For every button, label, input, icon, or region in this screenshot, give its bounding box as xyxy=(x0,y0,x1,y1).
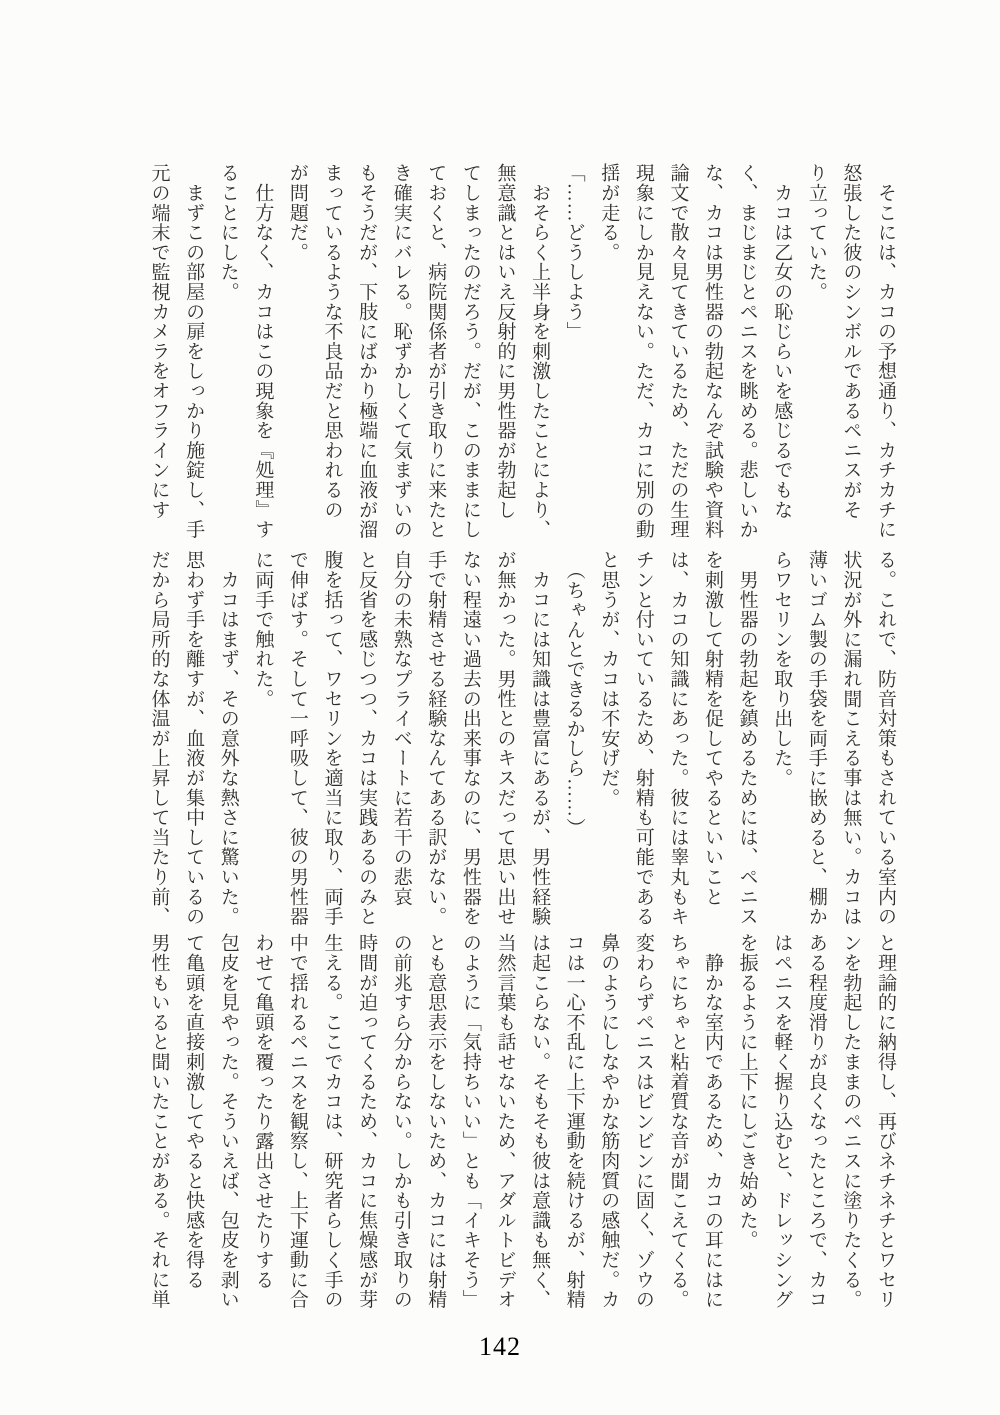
text-column: 状況が外に漏れ聞こえる事は無い。カコは xyxy=(833,550,868,927)
text-column: 手で射精させる経験なんてある訳がない。 xyxy=(418,550,453,927)
text-column: カコはまず、その意外な熱さに驚いた。 xyxy=(210,550,245,927)
text-column: 薄いゴム製の手袋を両手に嵌めると、棚か xyxy=(798,550,833,927)
text-column: はペニスを軽く握り込むと、ドレッシング xyxy=(764,933,799,1310)
text-column: て亀頭を直接刺激してやると快感を得る xyxy=(176,933,211,1310)
text-column: 思わず手を離すが、血液が集中しているの xyxy=(176,550,211,927)
text-column: 包皮を見やった。そういえば、包皮を剥い xyxy=(210,933,245,1310)
text-column: な、カコは男性器の勃起なんぞ試験や資料 xyxy=(694,163,729,540)
text-column: のように「気持ちいい」とも「イキそう」 xyxy=(452,933,487,1310)
text-column: 中で揺れるペニスを観察し、上下運動に合 xyxy=(279,933,314,1310)
text-column: まっているような不良品だと思われるの xyxy=(314,163,349,540)
text-column: 元の端末で監視カメラをオフラインにす xyxy=(141,163,176,540)
text-column: り立っていた。 xyxy=(798,163,833,540)
text-column: ちゃにちゃと粘着質な音が聞こえてくる。 xyxy=(660,933,695,1310)
text-column: おそらく上半身を刺激したことにより、 xyxy=(521,163,556,540)
text-column: カコには知識は豊富にあるが、男性経験 xyxy=(521,550,556,927)
book-page: そこには、カコの予想通り、カチカチに 怒張した彼のシンボルであるペニスがそ り立… xyxy=(0,0,1000,1415)
text-column: を振るように上下にしごき始めた。 xyxy=(729,933,764,1310)
text-column: 男性器の勃起を鎮めるためには、ペニス xyxy=(729,550,764,927)
text-column: 「……どうしよう」 xyxy=(556,163,591,540)
text-column: き確実にバレる。恥ずかしくて気まずいの xyxy=(383,163,418,540)
page-number: 142 xyxy=(0,1332,1000,1362)
text-column: 静かな室内であるため、カコの耳にはに xyxy=(694,933,729,1310)
text-column: 生える。ここでカコは、研究者らしく手の xyxy=(314,933,349,1310)
text-column: そこには、カコの予想通り、カチカチに xyxy=(867,163,902,540)
text-column: （ちゃんとできるかしら……） xyxy=(556,550,591,927)
text-column: 変わらずペニスはビンビンに固く、ゾウの xyxy=(625,933,660,1310)
text-column: が無かった。男性とのキスだって思い出せ xyxy=(487,550,522,927)
text-column: 揺が走る。 xyxy=(591,163,626,540)
text-column: は、カコの知識にあった。彼には睾丸もキ xyxy=(660,550,695,927)
text-column: が問題だ。 xyxy=(279,163,314,540)
text-column: を刺激して射精を促してやるといいこと xyxy=(694,550,729,927)
text-column: で伸ばす。そして一呼吸して、彼の男性器 xyxy=(279,550,314,927)
text-column: ない程遠い過去の出来事なのに、男性器を xyxy=(452,550,487,927)
text-column: と思うが、カコは不安げだ。 xyxy=(591,550,626,927)
text-column: コは一心不乱に上下運動を続けるが、射精 xyxy=(556,933,591,1310)
text-column: まずこの部屋の扉をしっかり施錠し、手 xyxy=(176,163,211,540)
text-block-bottom: と理論的に納得し、再びネチネチとワセリ ンを勃起したままのペニスに塗りたくる。 … xyxy=(138,933,902,1311)
text-column: もそうだが、下肢にばかり極端に血液が溜 xyxy=(349,163,384,540)
text-column: てしまったのだろう。だが、このままにし xyxy=(452,163,487,540)
text-column: らワセリンを取り出した。 xyxy=(764,550,799,927)
text-column: 鼻のようにしなやかな筋肉質の感触だ。カ xyxy=(591,933,626,1310)
text-column: る。これで、防音対策もされている室内の xyxy=(867,550,902,927)
text-column: は起こらない。そもそも彼は意識も無く、 xyxy=(521,933,556,1310)
text-column: と反省を感じつつ、カコは実践あるのみと xyxy=(349,550,384,927)
text-block-middle: る。これで、防音対策もされている室内の 状況が外に漏れ聞こえる事は無い。カコは … xyxy=(138,550,902,928)
text-column: わせて亀頭を覆ったり露出させたりする xyxy=(245,933,280,1310)
text-column: チンと付いているため、射精も可能である xyxy=(625,550,660,927)
text-column: とも意思表示をしないため、カコには射精 xyxy=(418,933,453,1310)
text-column: 怒張した彼のシンボルであるペニスがそ xyxy=(833,163,868,540)
text-column: 時間が迫ってくるため、カコに焦燥感が芽 xyxy=(349,933,384,1310)
text-column: 男性もいると聞いたことがある。それに単 xyxy=(141,933,176,1310)
text-column: ある程度滑りが良くなったところで、カコ xyxy=(798,933,833,1310)
text-column: 無意識とはいえ反射的に男性器が勃起し xyxy=(487,163,522,540)
text-block-top: そこには、カコの予想通り、カチカチに 怒張した彼のシンボルであるペニスがそ り立… xyxy=(138,163,902,541)
text-column: 現象にしか見えない。ただ、カコに別の動 xyxy=(625,163,660,540)
text-column: 腹を括って、ワセリンを適当に取り、両手 xyxy=(314,550,349,927)
text-column: に両手で触れた。 xyxy=(245,550,280,927)
text-column: ンを勃起したままのペニスに塗りたくる。 xyxy=(833,933,868,1310)
text-column: ることにした。 xyxy=(210,163,245,540)
text-column: く、まじまじとペニスを眺める。悲しいか xyxy=(729,163,764,540)
text-column: と理論的に納得し、再びネチネチとワセリ xyxy=(867,933,902,1310)
text-column: カコは乙女の恥じらいを感じるでもな xyxy=(764,163,799,540)
text-column: ておくと、病院関係者が引き取りに来たと xyxy=(418,163,453,540)
text-column: 論文で散々見てきているため、ただの生理 xyxy=(660,163,695,540)
text-column: 仕方なく、カコはこの現象を『処理』す xyxy=(245,163,280,540)
text-column: 当然言葉も話せないため、アダルトビデオ xyxy=(487,933,522,1310)
text-column: の前兆すら分からない。しかも引き取りの xyxy=(383,933,418,1310)
text-column: 自分の未熟なプライベートに若干の悲哀 xyxy=(383,550,418,927)
text-column: だから局所的な体温が上昇して当たり前、 xyxy=(141,550,176,927)
